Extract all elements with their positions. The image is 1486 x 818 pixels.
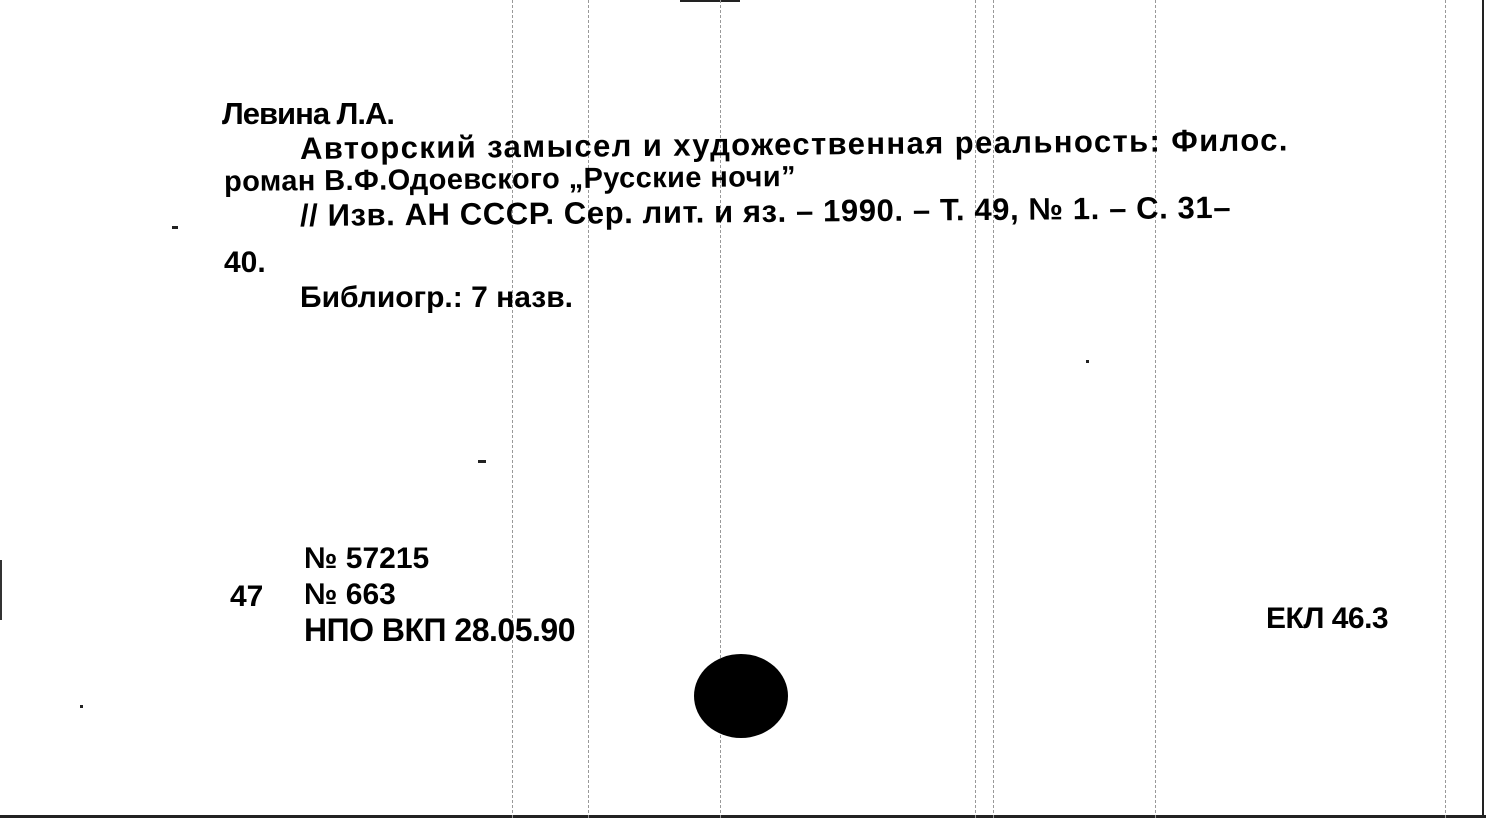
speck bbox=[1086, 360, 1089, 363]
record-number-2: № 663 bbox=[304, 580, 396, 610]
bibliography-note: Библиогр.: 7 назв. bbox=[300, 283, 573, 313]
record-number-1: № 57215 bbox=[304, 544, 429, 574]
punch-hole bbox=[694, 654, 788, 738]
speck bbox=[478, 460, 486, 463]
card-edge-right bbox=[1482, 0, 1484, 818]
issuer-date: НПО ВКП 28.05.90 bbox=[304, 614, 575, 646]
source-line-2: 40. bbox=[224, 248, 266, 278]
source-line-1: // Изв. АН СССР. Сер. лит. и яз. – 1990.… bbox=[300, 192, 1231, 231]
classification-code: ЕКЛ 46.3 bbox=[1266, 604, 1388, 634]
card-edge-left bbox=[0, 560, 2, 620]
title-line-2: роман В.Ф.Одоевского „Русские ночи” bbox=[224, 163, 796, 197]
title-line-1: Авторский замысел и художественная реаль… bbox=[300, 124, 1289, 164]
scan-artifact bbox=[993, 0, 995, 818]
scan-artifact bbox=[512, 0, 514, 818]
scan-artifact bbox=[1445, 0, 1447, 818]
catalog-card: Левина Л.А. Авторский замысел и художест… bbox=[0, 0, 1486, 818]
edge-mark bbox=[680, 0, 740, 2]
scan-artifact bbox=[975, 0, 977, 818]
speck bbox=[172, 226, 178, 229]
speck bbox=[80, 705, 83, 708]
shelf-number: 47 bbox=[230, 582, 263, 612]
scan-artifact bbox=[588, 0, 590, 818]
author-heading: Левина Л.А. bbox=[222, 98, 394, 129]
